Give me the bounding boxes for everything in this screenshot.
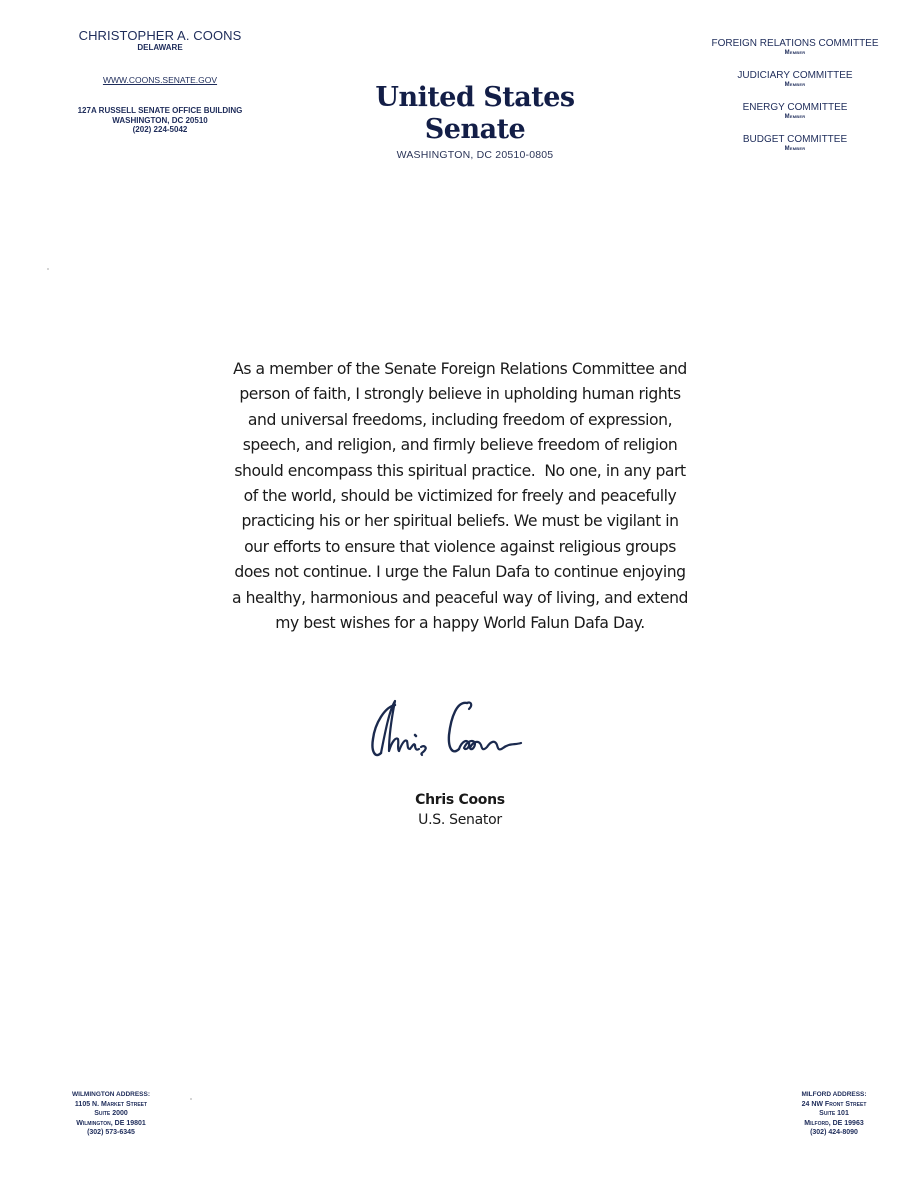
milford-suite: Suite 101 (766, 1109, 902, 1119)
committee-name: FOREIGN RELATIONS COMMITTEE (690, 38, 900, 50)
milford-address-block: MILFORD ADDRESS: 24 NW Front Street Suit… (766, 1090, 902, 1138)
committee-role: Member (690, 146, 900, 153)
institution-title: United States Senate (330, 82, 620, 146)
senator-contact-block: CHRISTOPHER A. COONS DELAWARE WWW.COONS.… (40, 28, 280, 135)
body-line: As a member of the Senate Foreign Relati… (185, 357, 735, 382)
committee-role: Member (690, 82, 900, 89)
signer-name: Chris Coons (340, 790, 580, 810)
body-line: our efforts to ensure that violence agai… (185, 535, 735, 560)
senator-name: CHRISTOPHER A. COONS (40, 28, 280, 43)
scan-speck (47, 268, 49, 270)
body-line: does not continue. I urge the Falun Dafa… (185, 560, 735, 585)
wilmington-city: Wilmington, DE 19801 (38, 1119, 184, 1129)
committee-item: BUDGET COMMITTEE Member (690, 134, 900, 153)
committee-item: ENERGY COMMITTEE Member (690, 102, 900, 121)
signer-title: U.S. Senator (340, 810, 580, 830)
milford-phone: (302) 424-8090 (766, 1128, 902, 1138)
body-line: speech, and religion, and firmly believe… (185, 433, 735, 458)
committee-role: Member (690, 50, 900, 57)
wilmington-suite: Suite 2000 (38, 1109, 184, 1119)
institution-address: WASHINGTON, DC 20510-0805 (330, 149, 620, 161)
handwritten-signature (365, 693, 560, 773)
website-link[interactable]: WWW.COONS.SENATE.GOV (103, 75, 217, 85)
senate-seal-block: United States Senate WASHINGTON, DC 2051… (330, 82, 620, 161)
office-building: 127A RUSSELL SENATE OFFICE BUILDING (40, 106, 280, 116)
committee-item: FOREIGN RELATIONS COMMITTEE Member (690, 38, 900, 57)
committee-name: BUDGET COMMITTEE (690, 134, 900, 146)
body-line: person of faith, I strongly believe in u… (185, 382, 735, 407)
committee-name: ENERGY COMMITTEE (690, 102, 900, 114)
committee-role: Member (690, 114, 900, 121)
milford-label: MILFORD ADDRESS: (766, 1090, 902, 1100)
milford-city: Milford, DE 19963 (766, 1119, 902, 1129)
committee-list: FOREIGN RELATIONS COMMITTEE Member JUDIC… (690, 38, 900, 166)
letter-body: As a member of the Senate Foreign Relati… (185, 357, 735, 636)
milford-street: 24 NW Front Street (766, 1100, 902, 1110)
body-line: of the world, should be victimized for f… (185, 484, 735, 509)
body-line: should encompass this spiritual practice… (185, 459, 735, 484)
wilmington-phone: (302) 573-6345 (38, 1128, 184, 1138)
committee-name: JUDICIARY COMMITTEE (690, 70, 900, 82)
wilmington-street: 1105 N. Market Street (38, 1100, 184, 1110)
body-line: practicing his or her spiritual beliefs.… (185, 509, 735, 534)
committee-item: JUDICIARY COMMITTEE Member (690, 70, 900, 89)
office-phone: (202) 224-5042 (40, 125, 280, 135)
body-line: my best wishes for a happy World Falun D… (185, 611, 735, 636)
body-line: a healthy, harmonious and peaceful way o… (185, 586, 735, 611)
senator-state: DELAWARE (40, 43, 280, 53)
scan-speck (190, 1098, 192, 1100)
signer-block: Chris Coons U.S. Senator (340, 790, 580, 830)
wilmington-label: WILMINGTON ADDRESS: (38, 1090, 184, 1100)
wilmington-address-block: WILMINGTON ADDRESS: 1105 N. Market Stree… (38, 1090, 184, 1138)
office-city: WASHINGTON, DC 20510 (40, 116, 280, 126)
body-line: and universal freedoms, including freedo… (185, 408, 735, 433)
dc-office-address: 127A RUSSELL SENATE OFFICE BUILDING WASH… (40, 106, 280, 135)
